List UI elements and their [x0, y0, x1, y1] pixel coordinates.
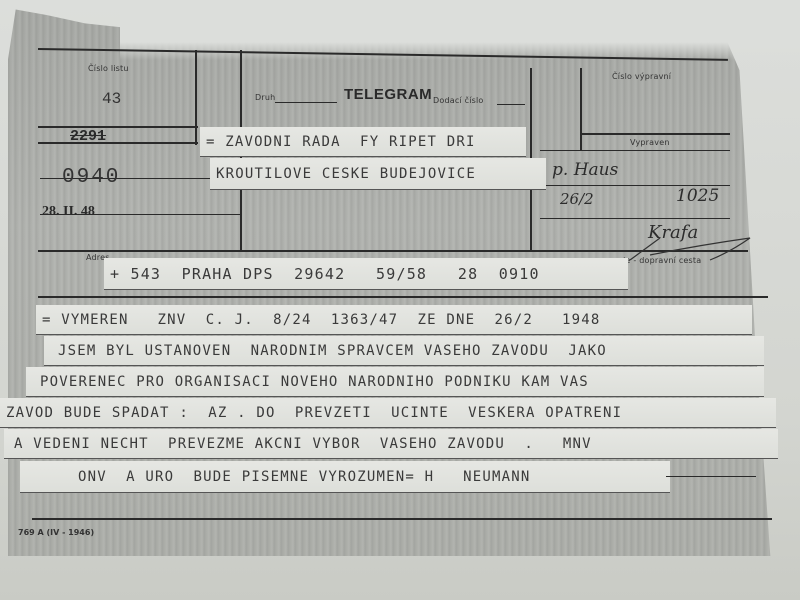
handwritten-time: 1025: [676, 186, 719, 206]
form-rule-right-4: [540, 218, 730, 219]
message-line-3: POVERENEC PRO ORGANISACI NOVEHO NARODNIH…: [26, 367, 764, 397]
handwritten-date: 26/2: [560, 190, 594, 208]
received-time: 0940: [62, 166, 120, 189]
received-date: 28. II. 48: [42, 204, 95, 220]
message-line-1: = VYMEREN ZNV C. J. 8/24 1363/47 ZE DNE …: [36, 305, 752, 335]
form-rule-v1: [195, 50, 197, 145]
type-underline: [275, 102, 337, 103]
form-rule-right-1: [580, 133, 730, 135]
delivery-number-label: Dodací číslo: [433, 96, 484, 105]
form-rule-bottom: [32, 518, 772, 520]
transmission-header: + 543 PRAHA DPS 29642 59/58 28 0910: [104, 258, 628, 290]
form-rule-v4: [580, 68, 582, 150]
address-line-1: = ZAVODNI RADA FY RIPET DRI: [200, 127, 526, 157]
form-rule-left-1: [38, 126, 198, 128]
dispatched-label: Vypraven: [630, 138, 670, 147]
sheet-number: 43: [102, 90, 121, 108]
form-rule-right-2: [540, 150, 730, 151]
message-line-2: JSEM BYL USTANOVEN NARODNIM SPRAVCEM VAS…: [44, 336, 764, 366]
crossed-number: 2291: [70, 128, 106, 145]
form-rule-left-2: [38, 142, 198, 144]
message-end-rule: [666, 476, 756, 477]
sheet-number-label: Číslo listu: [88, 64, 129, 73]
address-line-2: KROUTILOVE CESKE BUDEJOVICE: [210, 158, 546, 190]
dispatch-number-label: Číslo výpravní: [612, 72, 671, 81]
message-line-5: A VEDENI NECHT PREVEZME AKCNI VYBOR VASE…: [4, 429, 778, 459]
handwritten-name: p. Haus: [552, 160, 618, 180]
form-rule-message-top: [38, 296, 768, 298]
message-line-4: ZAVOD BUDE SPADAT : AZ . DO PREVZETI UCI…: [0, 398, 776, 428]
signature-flourish: [620, 230, 760, 270]
delivery-number-underline: [497, 104, 525, 105]
type-label: Druh: [255, 93, 275, 102]
message-line-6: ONV A URO BUDE PISEMNE VYROZUMEN= H NEUM…: [20, 461, 670, 493]
form-code: 769 A (IV - 1946): [18, 528, 94, 537]
document-title: TELEGRAM: [344, 86, 432, 103]
